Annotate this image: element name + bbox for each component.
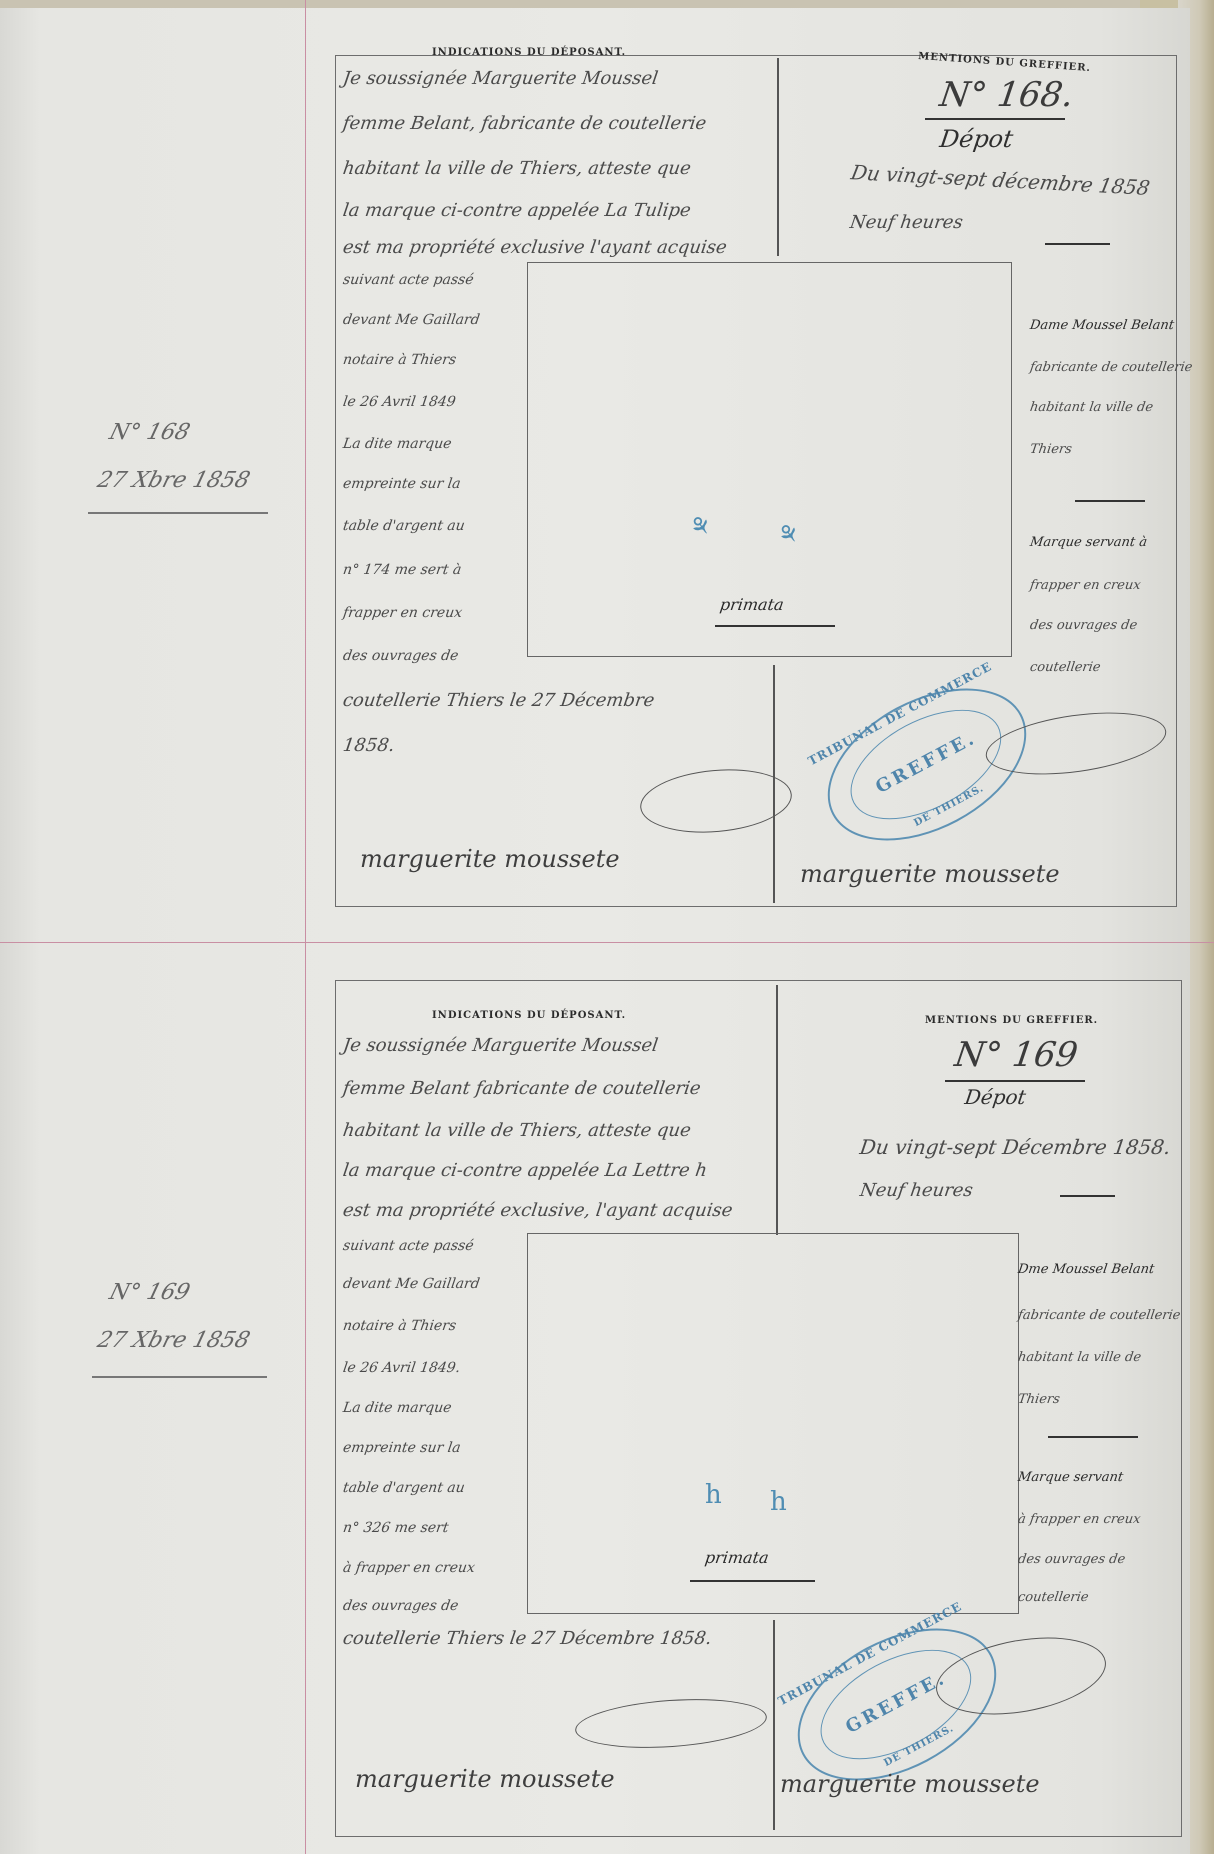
- text-line: coutellerie Thiers le 27 Décembre: [342, 690, 656, 711]
- text-line: notaire à Thiers: [342, 1318, 457, 1334]
- text-line: est ma propriété exclusive l'ayant acqui…: [342, 237, 729, 258]
- depositor-signature: marguerite moussete: [355, 1765, 615, 1793]
- column-divider-bottom: [773, 1620, 775, 1830]
- mark-caption: primata: [719, 595, 785, 614]
- mark-caption-underline: [715, 625, 835, 627]
- text-line: habitant la ville de Thiers, atteste que: [342, 158, 693, 179]
- text-line: table d'argent au: [342, 1480, 466, 1496]
- text-line: des ouvrages de: [342, 648, 460, 664]
- text-line: le 26 Avril 1849: [342, 394, 457, 410]
- text-line: femme Belant, fabricante de coutellerie: [342, 113, 708, 134]
- text-line: la marque ci-contre appelée La Lettre h: [342, 1160, 709, 1181]
- side-rule: [1048, 1436, 1138, 1438]
- letter-h-mark-icon: h: [770, 1487, 787, 1517]
- registry-label: Dépot: [938, 125, 1015, 153]
- registry-time: Neuf heures: [849, 212, 965, 233]
- mark-caption-underline: [690, 1580, 815, 1582]
- text-line: notaire à Thiers: [342, 352, 457, 368]
- depositor-signature: marguerite moussete: [360, 845, 620, 873]
- column-divider-top: [776, 985, 778, 1235]
- clerk-side-signature: marguerite moussete: [780, 1770, 1040, 1798]
- text-line: Thiers: [1029, 442, 1073, 457]
- text-line: coutellerie: [1029, 660, 1102, 675]
- registry-number-underline: [925, 118, 1065, 120]
- registry-date: Du vingt-sept Décembre 1858.: [858, 1135, 1172, 1159]
- text-line: habitant la ville de Thiers, atteste que: [342, 1120, 693, 1141]
- mark-caption: primata: [704, 1548, 770, 1567]
- margin-rule-horizontal: [0, 942, 1214, 943]
- text-line: Marque servant: [1017, 1470, 1124, 1485]
- text-line: la marque ci-contre appelée La Tulipe: [342, 200, 693, 221]
- letter-h-mark-icon: h: [705, 1480, 722, 1510]
- text-line: empreinte sur la: [342, 476, 462, 492]
- registry-number-underline: [945, 1080, 1085, 1082]
- margin-note-date: 27 Xbre 1858: [95, 468, 253, 493]
- text-line: frapper en creux: [1029, 578, 1142, 593]
- text-line: fabricante de coutellerie: [1029, 360, 1193, 375]
- column-divider-top: [777, 58, 779, 256]
- registry-time: Neuf heures: [859, 1180, 975, 1201]
- text-line: Marque servant à: [1029, 535, 1148, 550]
- text-line: à frapper en creux: [342, 1560, 476, 1576]
- text-line: n° 326 me sert: [342, 1520, 450, 1536]
- text-line: empreinte sur la: [342, 1440, 462, 1456]
- margin-note-rule: [92, 1376, 267, 1378]
- registry-number: N° 169: [952, 1035, 1080, 1075]
- clerk-side-signature: marguerite moussete: [800, 860, 1060, 888]
- text-line: n° 174 me sert à: [342, 562, 462, 578]
- depositor-header: INDICATIONS DU DÉPOSANT.: [432, 47, 626, 58]
- registry-rule: [1045, 243, 1110, 245]
- registry-rule: [1060, 1195, 1115, 1197]
- text-line: à frapper en creux: [1017, 1512, 1142, 1527]
- text-line: fabricante de coutellerie: [1017, 1308, 1181, 1323]
- text-line: coutellerie: [1017, 1590, 1090, 1605]
- margin-note-date: 27 Xbre 1858: [95, 1328, 253, 1353]
- margin-rule-vertical: [305, 0, 306, 1854]
- text-line: suivant acte passé: [342, 1238, 475, 1254]
- text-line: femme Belant fabricante de coutellerie: [342, 1078, 702, 1099]
- text-line: Je soussignée Marguerite Moussel: [342, 1035, 660, 1056]
- registry-label: Dépot: [963, 1085, 1027, 1109]
- text-line: devant Me Gaillard: [342, 1276, 481, 1292]
- text-line: Je soussignée Marguerite Moussel: [342, 68, 660, 89]
- text-line: table d'argent au: [342, 518, 466, 534]
- text-line: est ma propriété exclusive, l'ayant acqu…: [342, 1200, 734, 1221]
- text-line: 1858.: [342, 735, 396, 756]
- text-line: des ouvrages de: [1017, 1552, 1126, 1567]
- text-line: Dme Moussel Belant: [1017, 1262, 1155, 1277]
- text-line: habitant la ville de: [1017, 1350, 1142, 1365]
- depositor-header: INDICATIONS DU DÉPOSANT.: [432, 1010, 626, 1021]
- text-line: Dame Moussel Belant: [1029, 318, 1175, 333]
- text-line: frapper en creux: [342, 605, 463, 621]
- clerk-header: MENTIONS DU GREFFIER.: [925, 1015, 1098, 1026]
- registry-number: N° 168.: [937, 75, 1076, 115]
- text-line: La dite marque: [342, 436, 453, 452]
- text-line: des ouvrages de: [1029, 618, 1138, 633]
- margin-note-number: N° 169: [107, 1280, 193, 1305]
- text-line: La dite marque: [342, 1400, 453, 1416]
- side-rule: [1075, 500, 1145, 502]
- margin-note-number: N° 168: [107, 420, 193, 445]
- text-line: le 26 Avril 1849.: [342, 1360, 461, 1376]
- text-line: devant Me Gaillard: [342, 312, 481, 328]
- text-line: coutellerie Thiers le 27 Décembre 1858.: [342, 1628, 713, 1649]
- text-line: habitant la ville de: [1029, 400, 1154, 415]
- text-line: des ouvrages de: [342, 1598, 460, 1614]
- margin-note-rule: [88, 512, 268, 514]
- text-line: suivant acte passé: [342, 272, 475, 288]
- text-line: Thiers: [1017, 1392, 1061, 1407]
- mark-impression-box: [527, 1233, 1019, 1614]
